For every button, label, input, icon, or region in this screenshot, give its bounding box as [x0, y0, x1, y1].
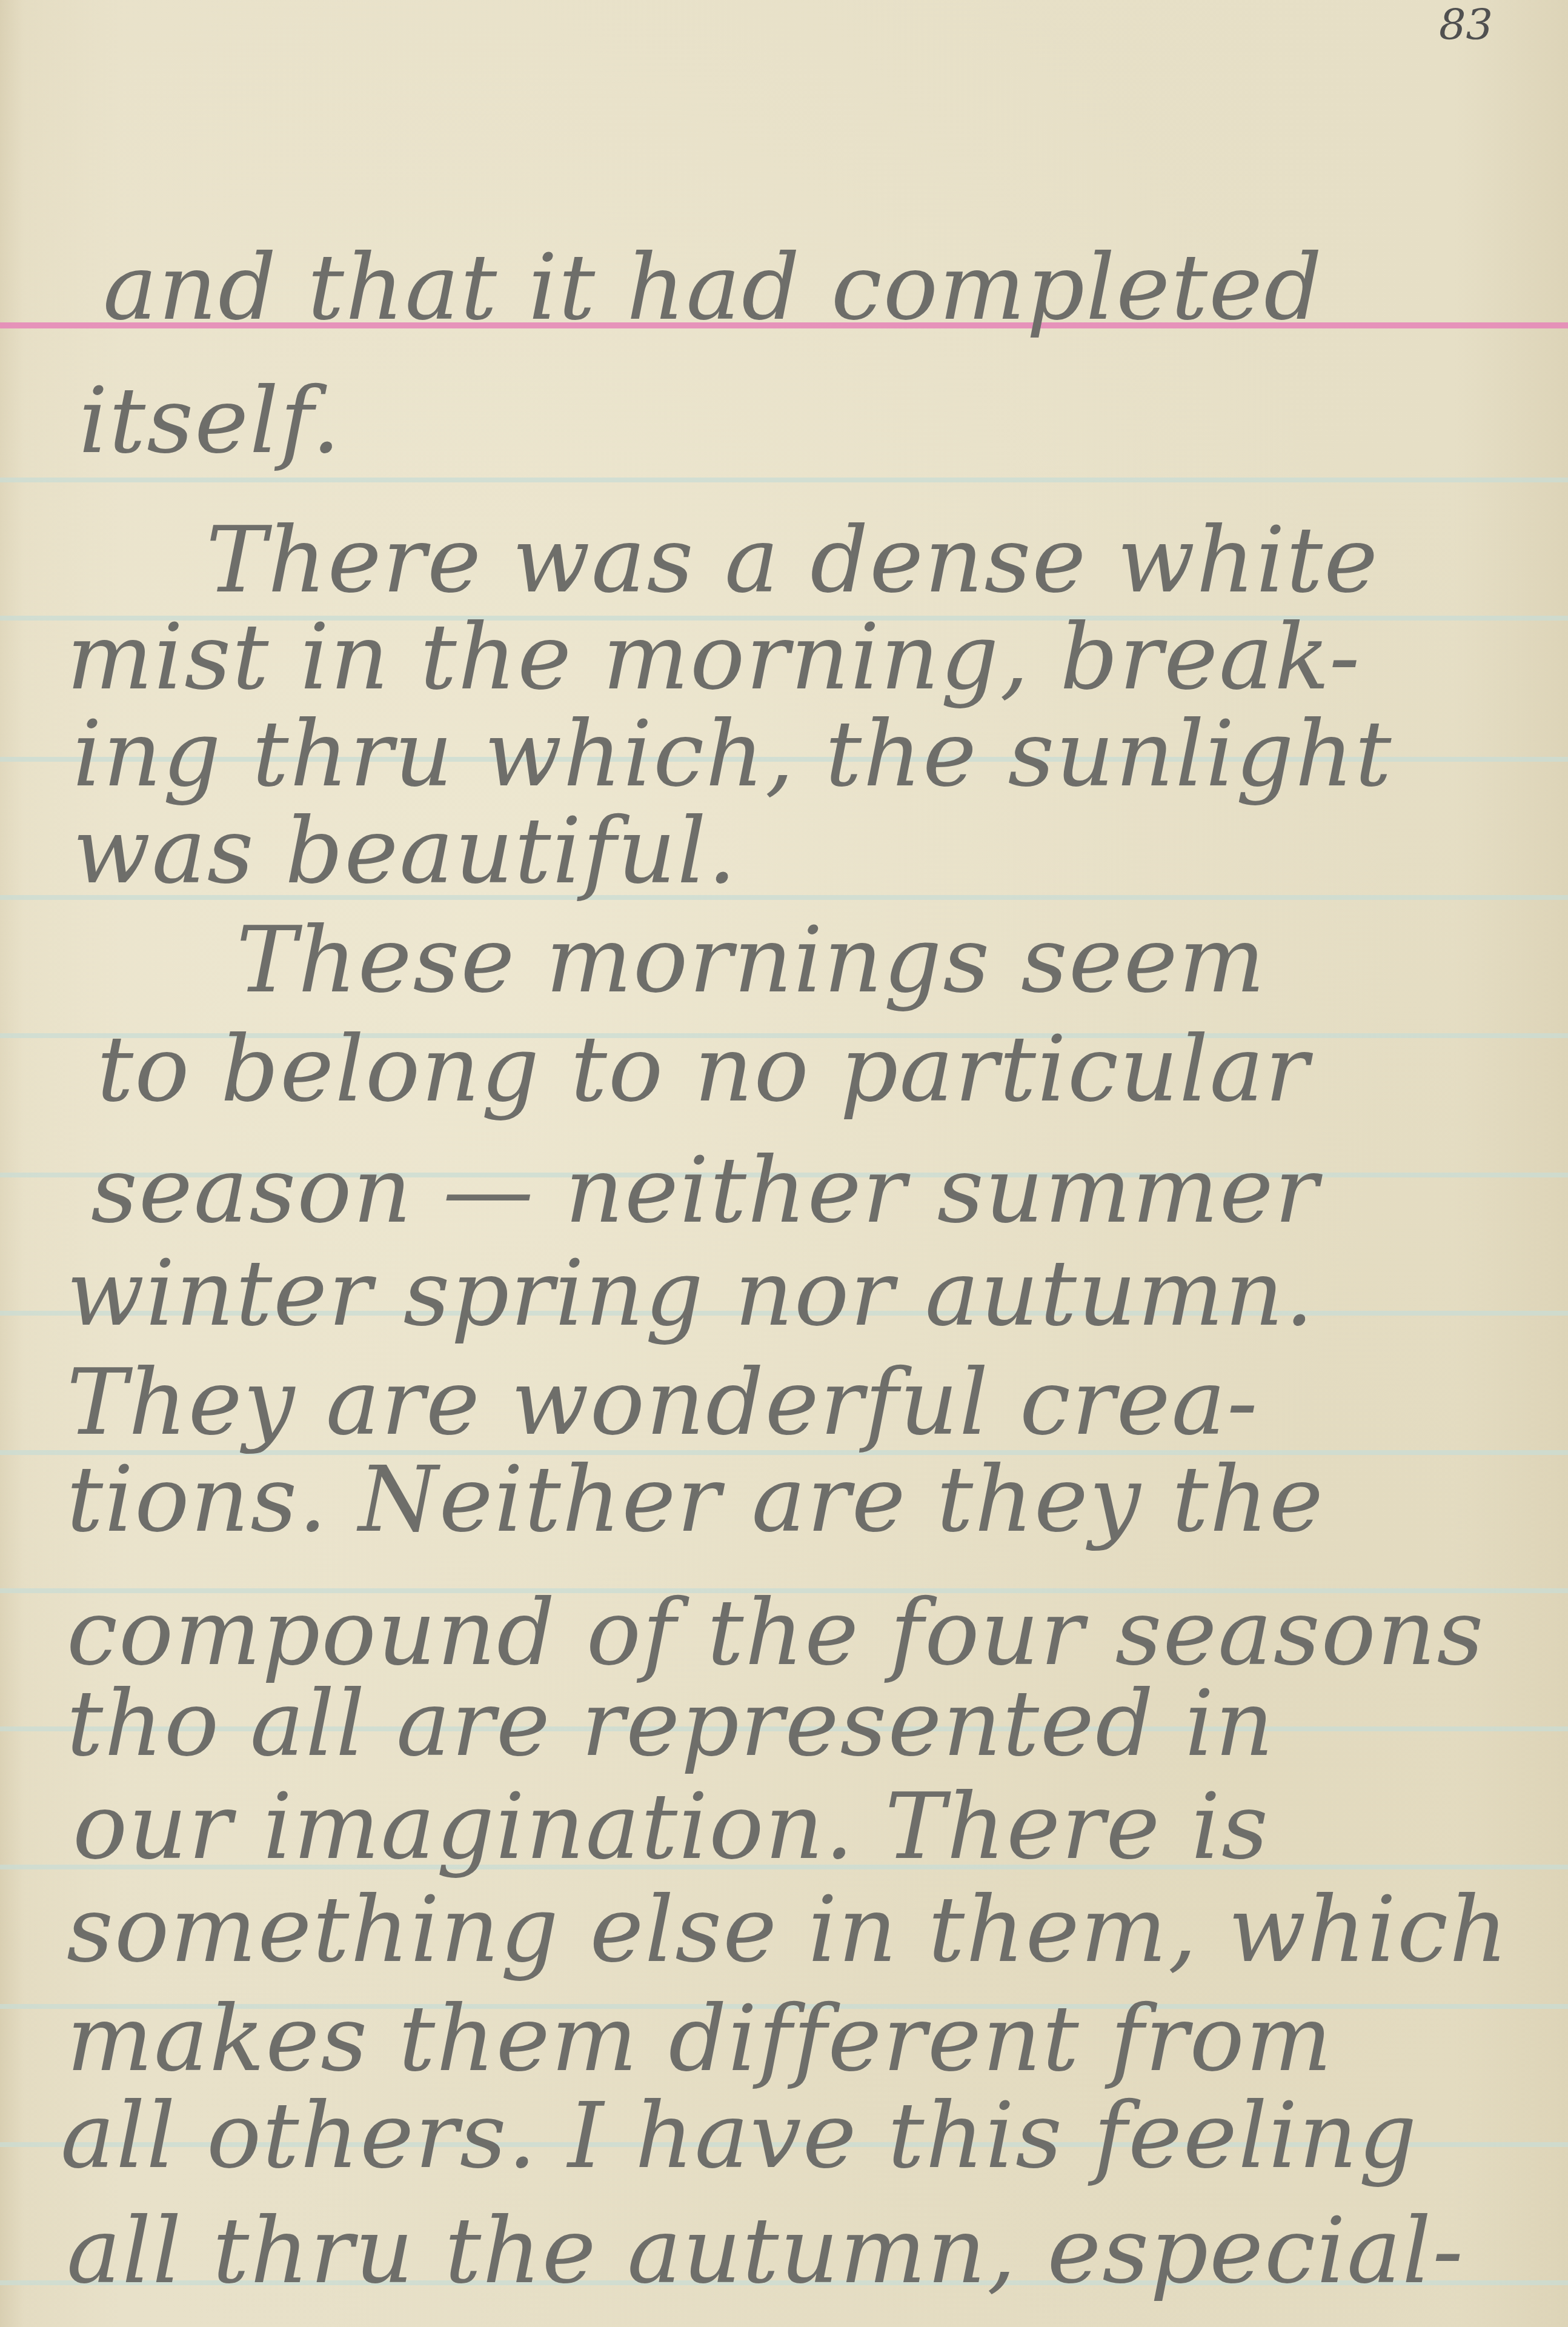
handwritten-line: all thru the autumn, especial-	[67, 2206, 1568, 2297]
handwritten-line: something else in them, which	[67, 1885, 1568, 1976]
handwritten-line: They are wonderful crea-	[67, 1357, 1568, 1448]
handwritten-line: and that it had completed	[103, 242, 1568, 333]
handwritten-line: mist in the morning, break-	[67, 612, 1568, 703]
handwritten-line: ing thru which, the sunlight	[73, 709, 1568, 800]
handwritten-line: to belong to no particular	[97, 1024, 1568, 1115]
notebook-page: 83 and that it had completed itself. The…	[0, 0, 1568, 2327]
handwritten-line: itself.	[79, 376, 1568, 467]
handwritten-line: our imagination. There is	[73, 1782, 1568, 1873]
handwritten-line: These mornings seem	[236, 915, 1568, 1006]
handwritten-line: all others. I have this feeling	[61, 2091, 1568, 2182]
handwritten-line: There was a dense white	[206, 515, 1568, 606]
page-number: 83	[1439, 0, 1493, 50]
handwritten-line: was beautiful.	[73, 806, 1568, 897]
handwritten-line: makes them different from	[67, 1994, 1568, 2085]
handwritten-line: tions. Neither are they the	[67, 1454, 1568, 1545]
handwritten-line: compound of the four seasons	[67, 1588, 1568, 1679]
handwritten-line: winter spring nor autumn.	[67, 1248, 1568, 1339]
handwritten-line: tho all are represented in	[67, 1679, 1568, 1769]
handwritten-line: season — neither summer	[91, 1145, 1568, 1236]
rule-line	[0, 478, 1568, 482]
